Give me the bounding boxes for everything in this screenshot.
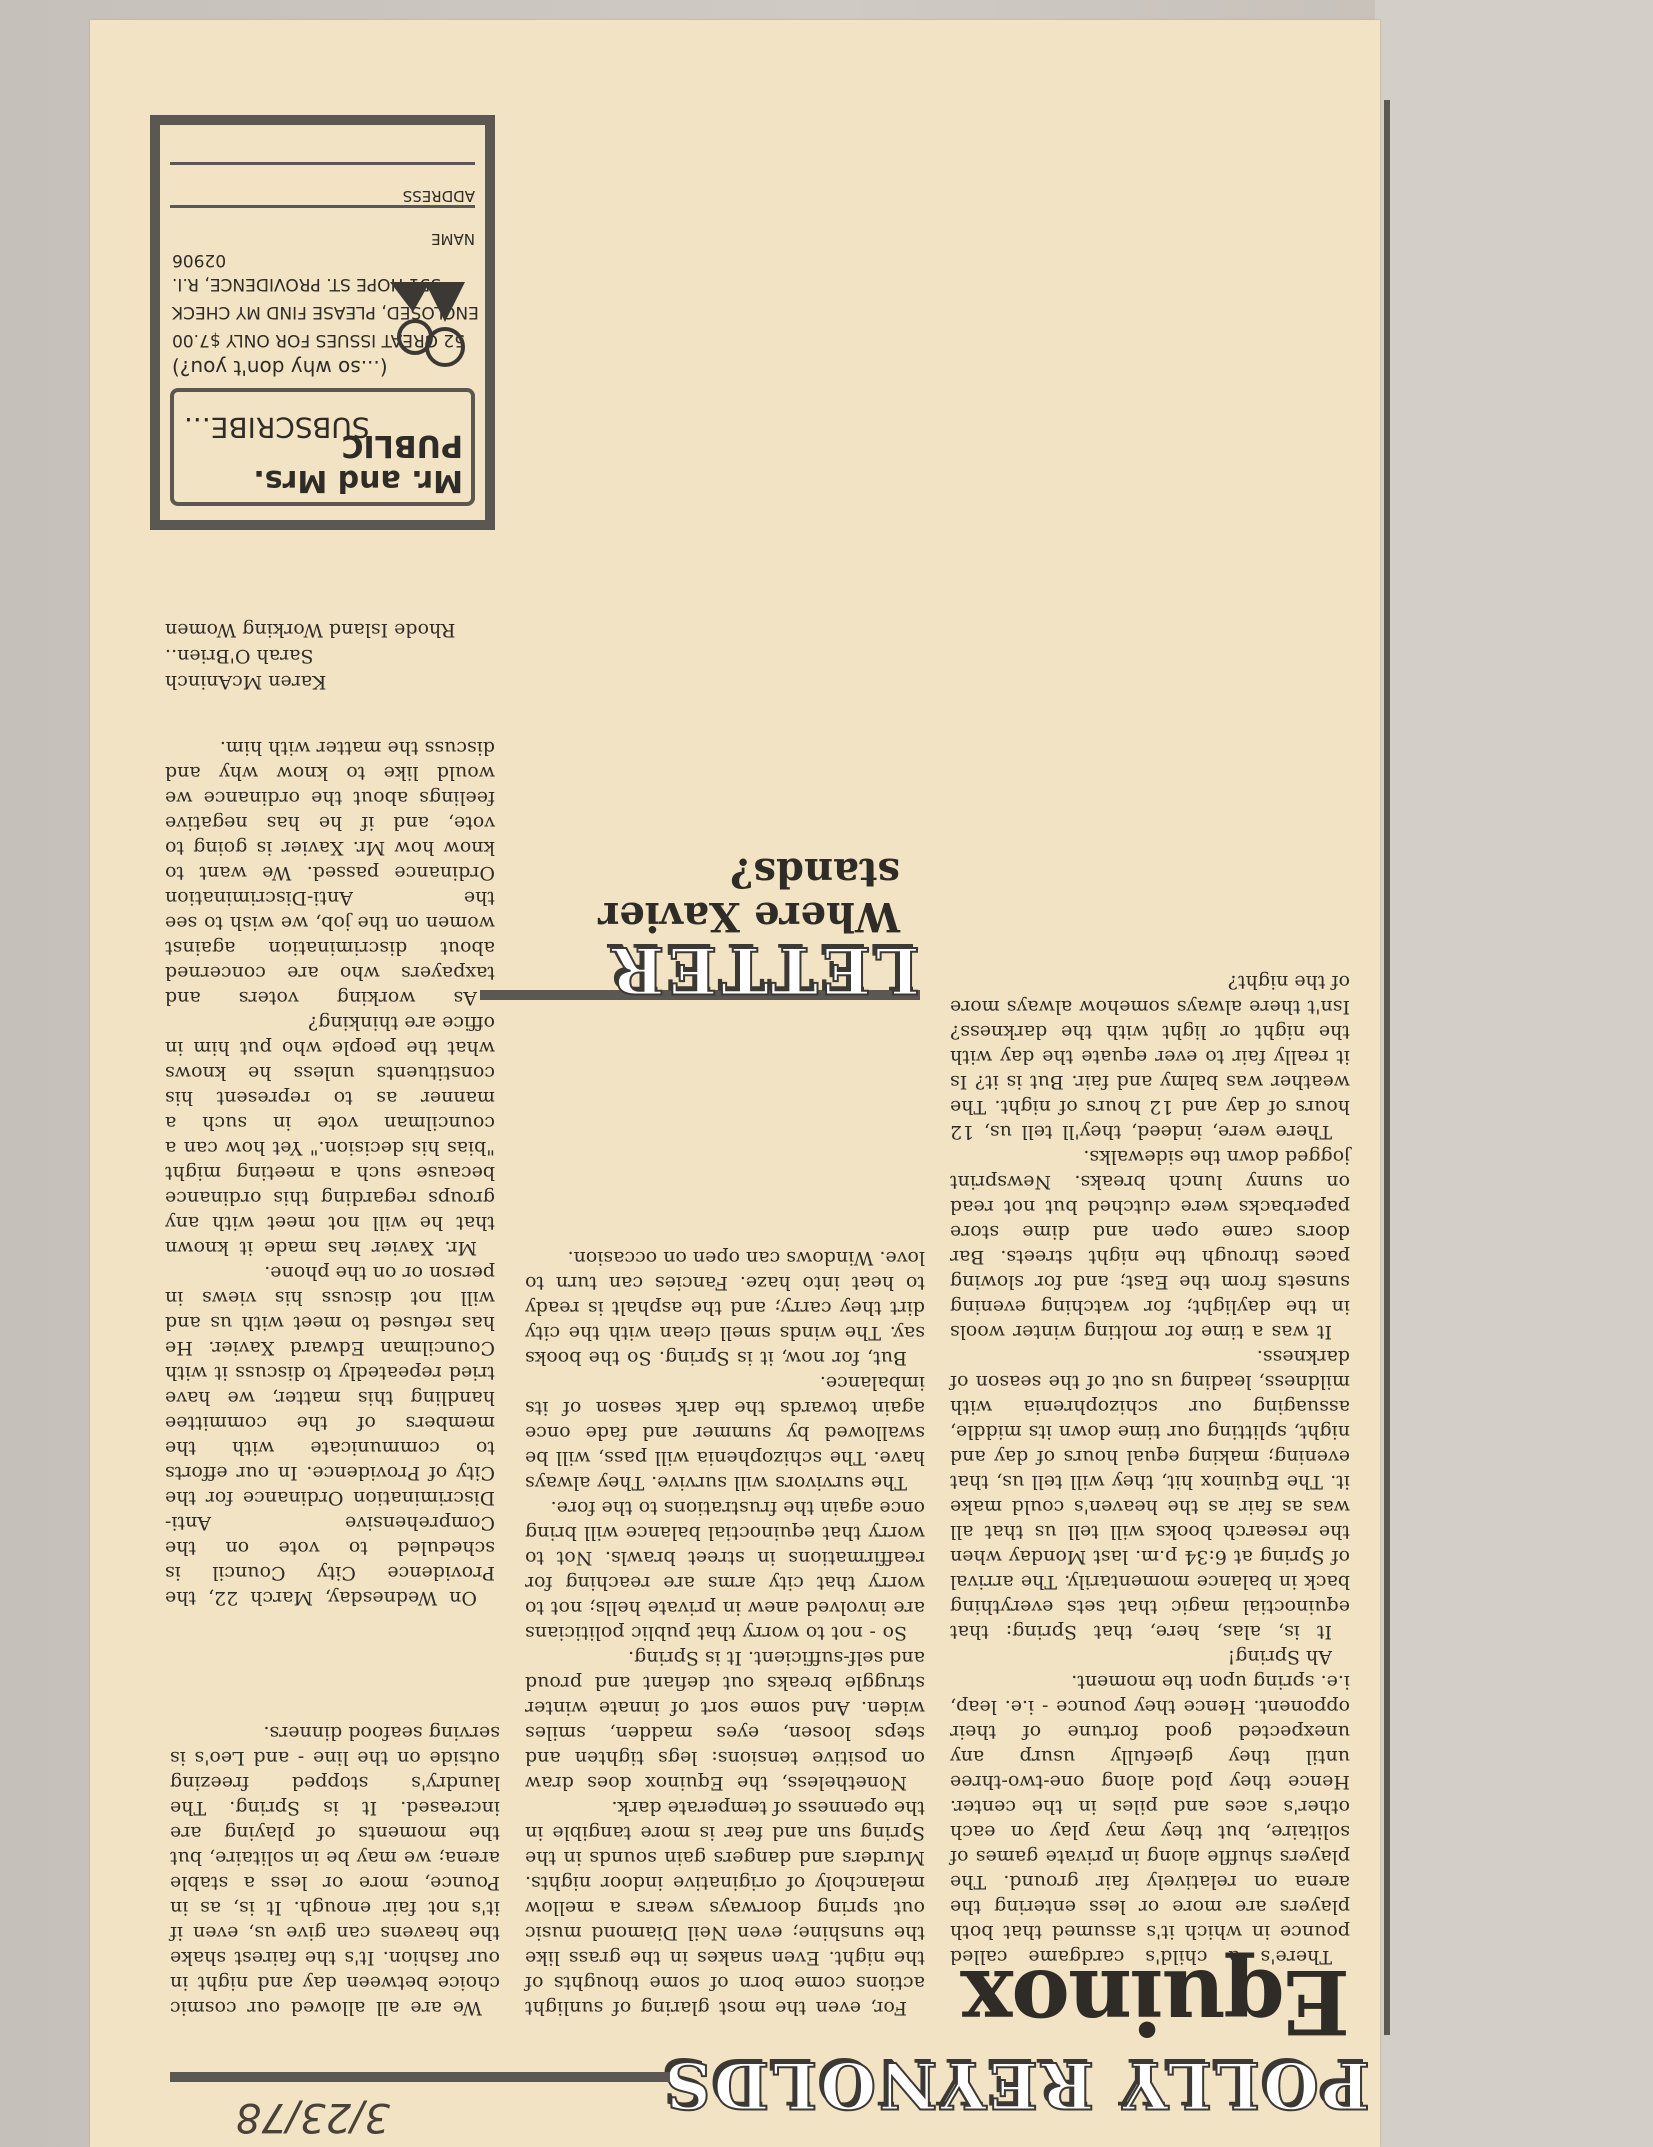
extra-field: [170, 119, 475, 162]
article-paragraph: So - not to worry that public politician…: [525, 1495, 925, 1645]
newspaper-clipping: POLLY REYNOLDS 3/23/78 Equinox There's a…: [160, 100, 1390, 2130]
address-field: ADDRESS: [170, 162, 475, 205]
article-paragraph: It is, alas, here, that Spring: that equ…: [950, 1344, 1350, 1644]
column-border: [1384, 100, 1390, 2035]
readers-illustration-icon: [385, 272, 475, 382]
article-paragraph: We are all allowed our cosmic choice bet…: [170, 1720, 500, 2020]
letter-paragraph: As working voters and taxpayers who are …: [165, 735, 495, 1010]
article-paragraph: Ah Spring!: [950, 1644, 1350, 1669]
subscribe-label: SUBSCRIBE...: [184, 411, 370, 444]
article-column-1: Equinox There's a child's cardgame calle…: [950, 969, 1350, 2020]
article-paragraph: It was a time for molting winter wools i…: [950, 1144, 1350, 1344]
subscribe-ad: Mr. and Mrs. PUBLIC SUBSCRIBE... (...so …: [150, 115, 495, 530]
signature-line: Sarah O'Brien..: [165, 643, 495, 669]
name-field: NAME: [170, 205, 475, 248]
article-paragraph: There were, indeed, they'll tell us, 12 …: [950, 969, 1350, 1144]
subscribe-title-box: Mr. and Mrs. PUBLIC SUBSCRIBE...: [170, 388, 475, 506]
letter-section: LETTER Where Xavier stands?: [480, 830, 920, 1000]
letter-body: On Wednesday, March 22, the Providence C…: [165, 617, 495, 1610]
article-paragraph: The survivors will survive. They always …: [525, 1370, 925, 1495]
letter-paragraph: On Wednesday, March 22, the Providence C…: [165, 1260, 495, 1610]
letter-label: LETTER: [480, 956, 920, 1000]
letter-headline: Where Xavier stands?: [480, 850, 900, 938]
letter-paragraph: Mr. Xavier has made it known that he wil…: [165, 1010, 495, 1260]
columnist-name: POLLY REYNOLDS: [662, 2047, 1370, 2122]
masthead-rule: [170, 2072, 670, 2082]
article-paragraph: There's a child's cardgame called pounce…: [950, 1669, 1350, 1969]
article-paragraph: Nonetheless, the Equinox does draw on po…: [525, 1645, 925, 1795]
signature-line: Rhode Island Working Women: [165, 617, 495, 643]
article-headline: Equinox: [950, 1989, 1350, 2014]
letter-signatures: Karen McAninch Sarah O'Brien.. Rhode Isl…: [165, 617, 495, 695]
handwritten-date: 3/23/78: [236, 2094, 390, 2140]
article-column-2: For, even the most glaring of sunlight a…: [525, 1245, 925, 2020]
article-column-3: We are all allowed our cosmic choice bet…: [170, 1720, 500, 2020]
article-paragraph: For, even the most glaring of sunlight a…: [525, 1795, 925, 2020]
article-paragraph: But, for now, it is Spring. So the books…: [525, 1245, 925, 1370]
signature-line: Karen McAninch: [165, 669, 495, 695]
scanner-edge: [1375, 0, 1653, 2147]
